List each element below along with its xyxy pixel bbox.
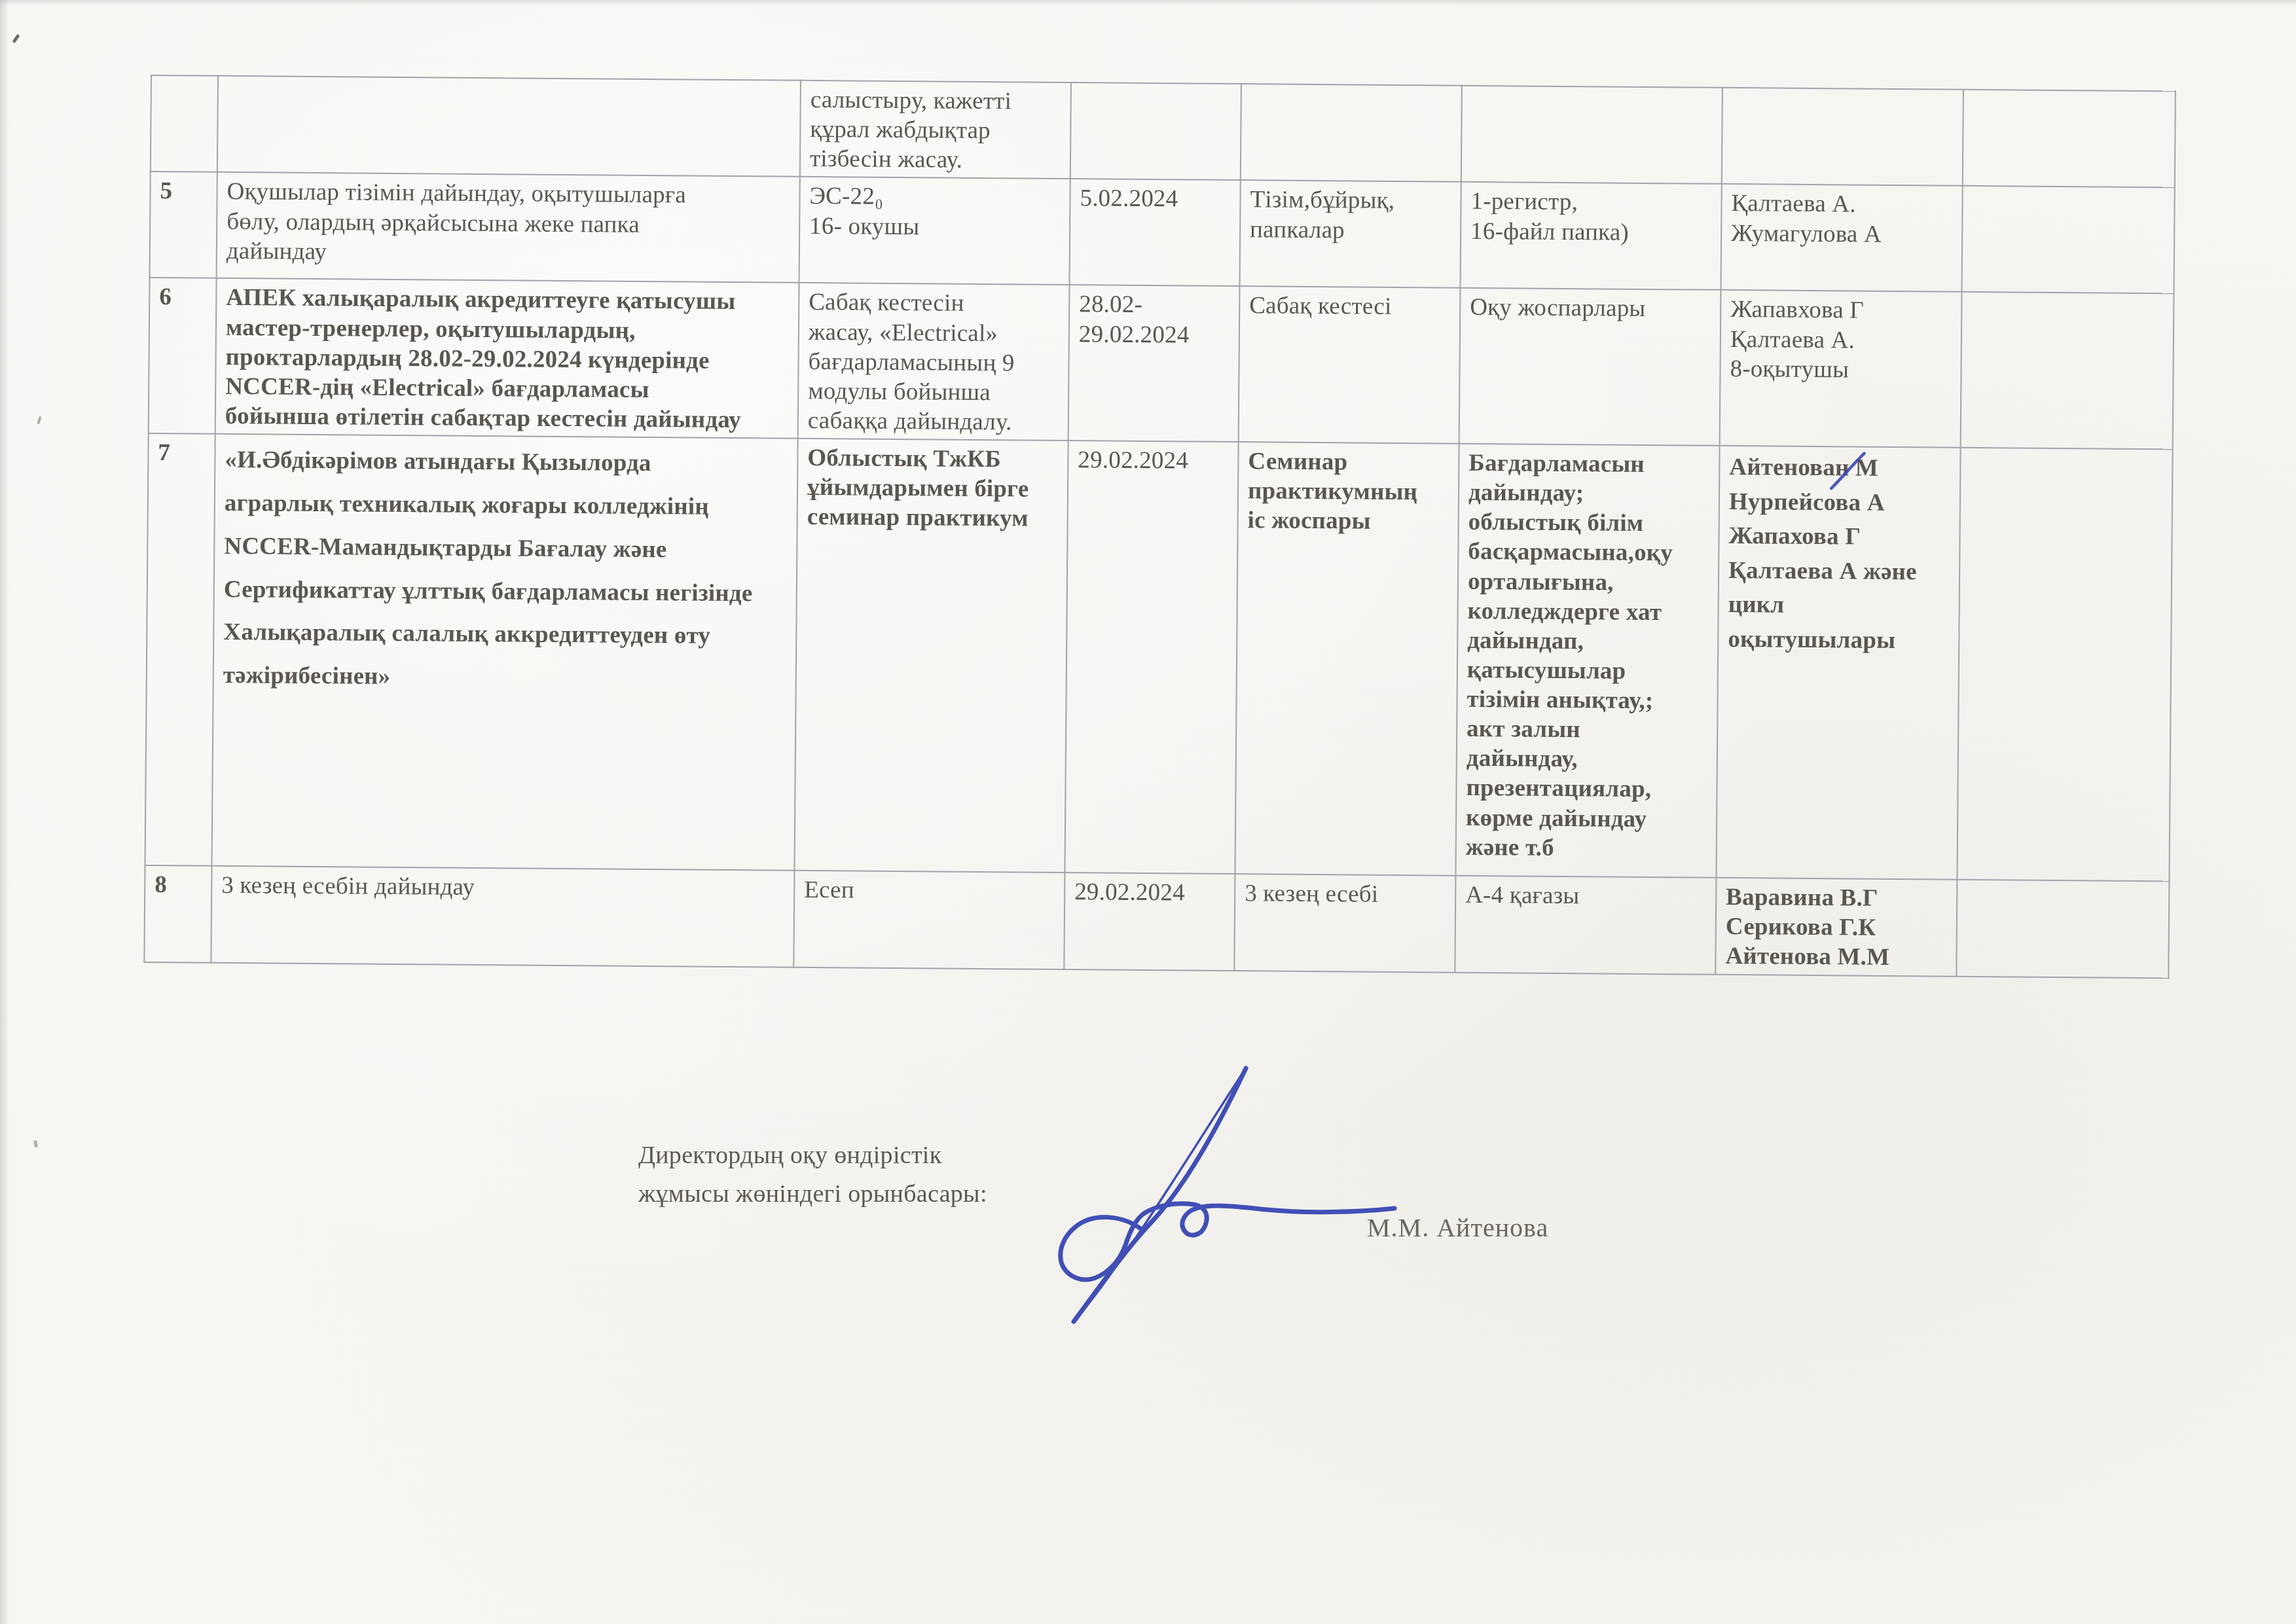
cell-outcome: Тізім,бұйрық, папкалар	[1240, 180, 1461, 288]
cell-date: 29.02.2024	[1065, 441, 1238, 874]
cell-form: Облыстық ТжКБ ұйымдарымен бірге семинар …	[794, 439, 1068, 873]
cell-responsible: Қалтаева А. Жумагулова А	[1721, 184, 1962, 292]
table-row: 5 Оқушылар тізімін дайындау, оқытушыларғ…	[150, 171, 2175, 293]
cell-resources	[1461, 86, 1722, 184]
cell-responsible: Варавина В.Г Серикова Г.К Айтенова М.М	[1715, 878, 1957, 977]
cell-responsible: Жапавхова Г Қалтаева А. 8-оқытушы	[1720, 290, 1962, 448]
table-row: 8 3 кезең есебін дайындау Есеп 29.02.202…	[144, 865, 2169, 978]
cell-note	[1961, 186, 2174, 294]
table-row: 6 АПЕК халықаралық акредиттеуге қатысушы…	[149, 278, 2174, 449]
scan-speck	[37, 416, 42, 425]
cell-row-number: 5	[150, 171, 217, 278]
scanned-page: салыстыру, кажетті құрал жабдықтар тізбе…	[0, 0, 2296, 1624]
cell-row-number: 6	[149, 278, 217, 433]
cell-task: Оқушылар тізімін дайындау, оқытушыларға …	[217, 172, 800, 283]
scan-speck	[33, 1140, 38, 1148]
signer-role-label: Директордың оқу өндірістік жұмысы жөнінд…	[638, 1136, 987, 1214]
cell-row-number: 7	[145, 433, 215, 866]
work-plan-table: салыстыру, кажетті құрал жабдықтар тізбе…	[143, 75, 2176, 979]
cell-form: ЭС-22₀ 16- окушы	[799, 177, 1070, 285]
cell-task: АПЕК халықаралық акредиттеуге қатысушы м…	[215, 278, 799, 439]
cell-resources: Бағдарламасын дайындау; облыстық білім б…	[1455, 444, 1719, 878]
cell-note	[1963, 90, 2176, 188]
pen-slash-mark	[1823, 446, 1876, 499]
cell-row-number	[151, 75, 218, 172]
cell-task: «И.Әбдікәрімов атындағы Қызылорда аграрл…	[212, 434, 798, 871]
table-area: салыстыру, кажетті құрал жабдықтар тізбе…	[143, 75, 2176, 979]
cell-date: 29.02.2024	[1064, 873, 1235, 971]
cell-note	[1957, 448, 2172, 882]
table-row: 7 «И.Әбдікәрімов атындағы Қызылорда агра…	[145, 433, 2173, 881]
signer-name: М.М. Айтенова	[1367, 1212, 1548, 1243]
cell-form: салыстыру, кажетті құрал жабдықтар тізбе…	[800, 81, 1071, 179]
cell-note	[1961, 292, 2174, 449]
cell-outcome: Семинар практикумның іс жоспары	[1235, 442, 1459, 876]
table-row: салыстыру, кажетті құрал жабдықтар тізбе…	[151, 75, 2176, 188]
cell-outcome: 3 кезең есебі	[1234, 874, 1455, 973]
cell-resources: Оқу жоспарлары	[1459, 288, 1721, 446]
cell-form: Сабақ кестесін жасау, «Electrical» бағда…	[798, 283, 1070, 441]
cell-note	[1956, 880, 2169, 979]
cell-resources: А-4 қағазы	[1455, 876, 1716, 975]
cell-date: 28.02- 29.02.2024	[1068, 285, 1240, 442]
cell-outcome	[1241, 84, 1462, 182]
cell-responsible	[1722, 88, 1963, 186]
scan-speck	[12, 34, 20, 43]
cell-resources: 1-регистр, 16-файл папка)	[1461, 182, 1722, 290]
cell-outcome: Сабақ кестесі	[1239, 286, 1461, 443]
cell-row-number: 8	[144, 865, 211, 963]
signature-ink	[1044, 1037, 1401, 1344]
cell-date: 5.02.2024	[1070, 179, 1241, 286]
cell-date	[1070, 82, 1241, 180]
cell-form: Есеп	[793, 871, 1065, 969]
cell-responsible: Айтенован М Нурпейсова А Жапахова Г Қалт…	[1716, 446, 1960, 880]
cell-task: 3 кезең есебін дайындау	[211, 866, 794, 967]
cell-task	[217, 76, 801, 177]
